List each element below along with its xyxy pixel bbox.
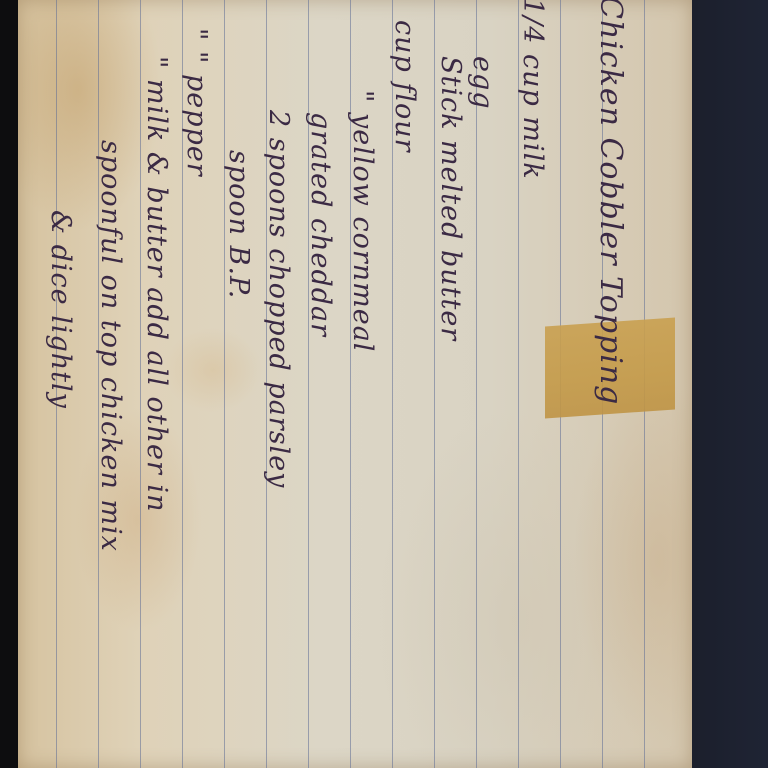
instruction-line: spoonful on top chicken mix xyxy=(95,140,126,552)
ingredient-line: " " pepper xyxy=(181,28,212,177)
instruction-line: & dice lightly xyxy=(45,210,76,409)
ingredient-line: grated cheddar xyxy=(305,112,336,337)
ingredient-line: spoon B.P. xyxy=(223,150,254,299)
ingredient-line: cup flour xyxy=(389,20,420,153)
dark-background-left xyxy=(0,0,18,768)
recipe-title: Chicken Cobbler Topping xyxy=(593,0,628,405)
ruled-line xyxy=(476,0,477,768)
ingredient-line: 1/4 cup milk xyxy=(517,0,548,180)
ingredient-line: egg xyxy=(467,56,498,110)
instruction-line: " milk & butter add all other in xyxy=(141,56,172,512)
dark-background-right xyxy=(692,0,768,768)
ingredient-line: 2 spoons chopped parsley xyxy=(263,110,294,488)
ingredient-line: Stick melted butter xyxy=(435,56,466,341)
ingredient-line: " yellow cornmeal xyxy=(347,90,378,352)
ruled-line xyxy=(224,0,225,768)
